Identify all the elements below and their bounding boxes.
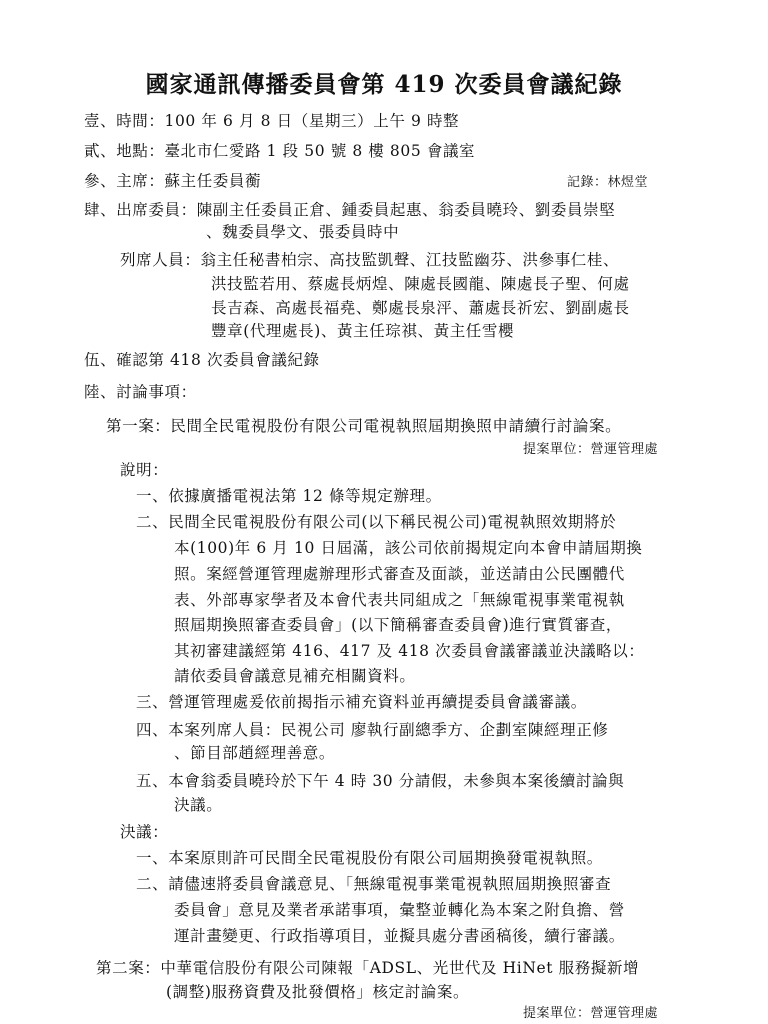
attendees-line-2: 、魏委員學文、張委員時中 — [206, 222, 399, 242]
document-title: 國家通訊傳播委員會第 419 次委員會議紀錄 — [0, 66, 768, 99]
meeting-chair: 參、主席：蘇主任委員蘅 — [84, 171, 261, 191]
explanation-item: 請依委員會議意見補充相關資料。 — [174, 666, 416, 686]
explanation-item: 、節目部趙經理善意。 — [174, 743, 335, 763]
explanation-item: 五、本會翁委員曉玲於下午 4 時 30 分請假，未參與本案後續討論與 — [136, 771, 624, 791]
resolution-label: 決議： — [120, 822, 168, 842]
explanation-item: 照屆期換照審查委員會」(以下簡稱審查委員會)進行實質審查， — [174, 615, 622, 635]
explanation-item: 其初審建議經第 416、417 及 418 次委員會議審議並決議略以： — [174, 641, 644, 661]
case-1-proposer: 提案單位：營運管理處 — [523, 440, 658, 460]
observers-line-2: 洪技監若用、蔡處長炳煌、陳處長國龍、陳處長子聖、何處 — [211, 274, 630, 294]
case-2-proposer: 提案單位：營運管理處 — [523, 1004, 658, 1024]
attendees-line-1: 肆、出席委員：陳副主任委員正倉、鍾委員起惠、翁委員曉玲、劉委員崇堅 — [84, 200, 615, 220]
explanation-item: 一、依據廣播電視法第 12 條等規定辦理。 — [136, 486, 442, 506]
explanation-label: 說明： — [120, 460, 168, 480]
explanation-item: 二、民間全民電視股份有限公司(以下稱民視公司)電視執照效期將於 — [136, 512, 616, 532]
explanation-item: 照。案經營運管理處辦理形式審查及面談，並送請由公民團體代 — [174, 564, 625, 584]
explanation-item: 本(100)年 6 月 10 日屆滿，該公司依前揭規定向本會申請屆期換 — [174, 538, 642, 558]
explanation-item: 四、本案列席人員：民視公司 廖執行副總季方、企劃室陳經理正修 — [136, 720, 608, 740]
explanation-item: 三、營運管理處爰依前揭指示補充資料並再續提委員會議審議。 — [136, 692, 587, 712]
observers-line-3: 長吉森、高處長福堯、鄭處長泉泙、蕭處長祈宏、劉副處長 — [211, 298, 630, 318]
confirm-minutes: 伍、確認第 418 次委員會議紀錄 — [84, 350, 320, 370]
case-1-title: 第一案：民間全民電視股份有限公司電視執照屆期換照申請續行討論案。 — [106, 416, 621, 436]
resolution-item: 二、請儘速將委員會議意見、「無線電視事業電視執照屆期換照審查 — [136, 874, 611, 894]
resolution-item: 委員會」意見及業者承諾事項，彙整並轉化為本案之附負擔、營 — [174, 900, 625, 920]
case-2-title-line-1: 第二案：中華電信股份有限公司陳報「ADSL、光世代及 HiNet 服務擬新增 — [96, 958, 639, 978]
resolution-item: 一、本案原則許可民間全民電視股份有限公司屆期換發電視執照。 — [136, 848, 603, 868]
explanation-item: 表、外部專家學者及本會代表共同組成之「無線電視事業電視執 — [174, 590, 625, 610]
meeting-place: 貳、地點：臺北市仁愛路 1 段 50 號 8 樓 805 會議室 — [84, 141, 475, 161]
resolution-item: 運計畫變更、行政指導項目，並擬具處分書函稿後，續行審議。 — [174, 926, 625, 946]
meeting-time: 壹、時間：100 年 6 月 8 日（星期三）上午 9 時整 — [84, 111, 459, 131]
observers-line-1: 列席人員：翁主任秘書柏宗、高技監凱聲、江技監幽芬、洪參事仁桂、 — [120, 250, 619, 270]
case-2-title-line-2: (調整)服務資費及批發價格」核定討論案。 — [166, 982, 469, 1002]
explanation-item: 決議。 — [174, 795, 222, 815]
observers-line-4: 豐章(代理處長)、黃主任琮祺、黃主任雪櫻 — [211, 321, 514, 341]
recorder: 記錄：林煜堂 — [567, 173, 648, 193]
discussion-heading: 陸、討論事項： — [84, 382, 197, 402]
